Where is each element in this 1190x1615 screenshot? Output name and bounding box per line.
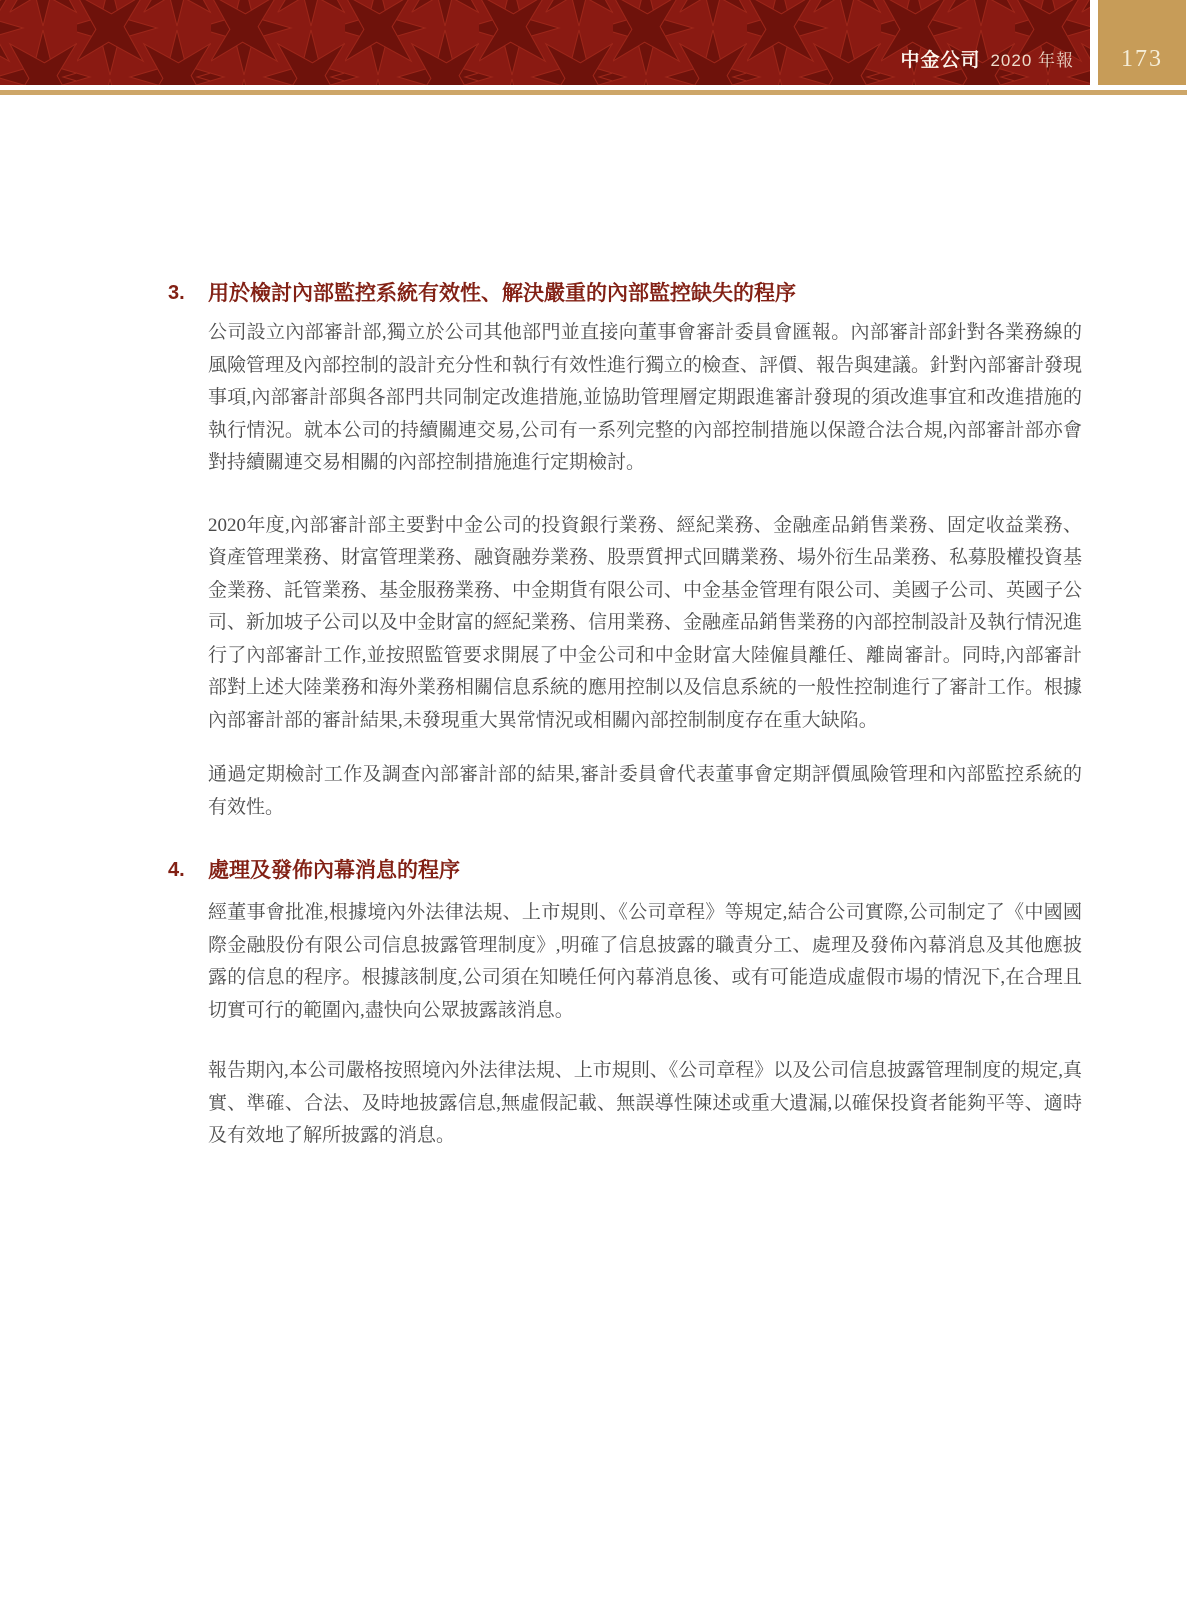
header-decorative-band: 中金公司2020 年報	[0, 0, 1090, 85]
company-name: 中金公司	[900, 50, 980, 71]
page-number: 173	[1121, 46, 1163, 73]
section-4-paragraph-1: 經董事會批准,根據境內外法律法規、上市規則、《公司章程》等規定,結合公司實際,公…	[208, 897, 1082, 1027]
section-4-number: 4.	[168, 854, 208, 887]
section-4-paragraph-2: 報告期內,本公司嚴格按照境內外法律法規、上市規則、《公司章程》以及公司信息披露管…	[208, 1055, 1082, 1153]
section-4-heading: 4. 處理及發佈內幕消息的程序	[168, 854, 1082, 887]
section-4-title: 處理及發佈內幕消息的程序	[208, 854, 1082, 887]
section-3-title: 用於檢討內部監控系統有效性、解決嚴重的內部監控缺失的程序	[208, 277, 1082, 310]
report-edition: 2020 年報	[990, 51, 1074, 70]
section-3-paragraph-1: 公司設立內部審計部,獨立於公司其他部門並直接向董事會審計委員會匯報。內部審計部針…	[208, 317, 1082, 480]
section-3-number: 3.	[168, 277, 208, 310]
document-body: 3. 用於檢討內部監控系統有效性、解決嚴重的內部監控缺失的程序 公司設立內部審計…	[168, 277, 1082, 1153]
asanoha-pattern-graphic	[0, 0, 1090, 85]
header-rule	[0, 90, 1187, 95]
report-page: 中金公司2020 年報 173 3. 用於檢討內部監控系統有效性、解決嚴重的內部…	[0, 0, 1190, 1615]
page-number-box: 173	[1098, 0, 1186, 85]
section-3-paragraph-2: 2020年度,內部審計部主要對中金公司的投資銀行業務、經紀業務、金融產品銷售業務…	[208, 510, 1082, 738]
section-3-paragraph-3: 通過定期檢討工作及調查內部審計部的結果,審計委員會代表董事會定期評價風險管理和內…	[208, 759, 1082, 824]
header-title: 中金公司2020 年報	[900, 51, 1074, 72]
section-3-heading: 3. 用於檢討內部監控系統有效性、解決嚴重的內部監控缺失的程序	[168, 277, 1082, 310]
